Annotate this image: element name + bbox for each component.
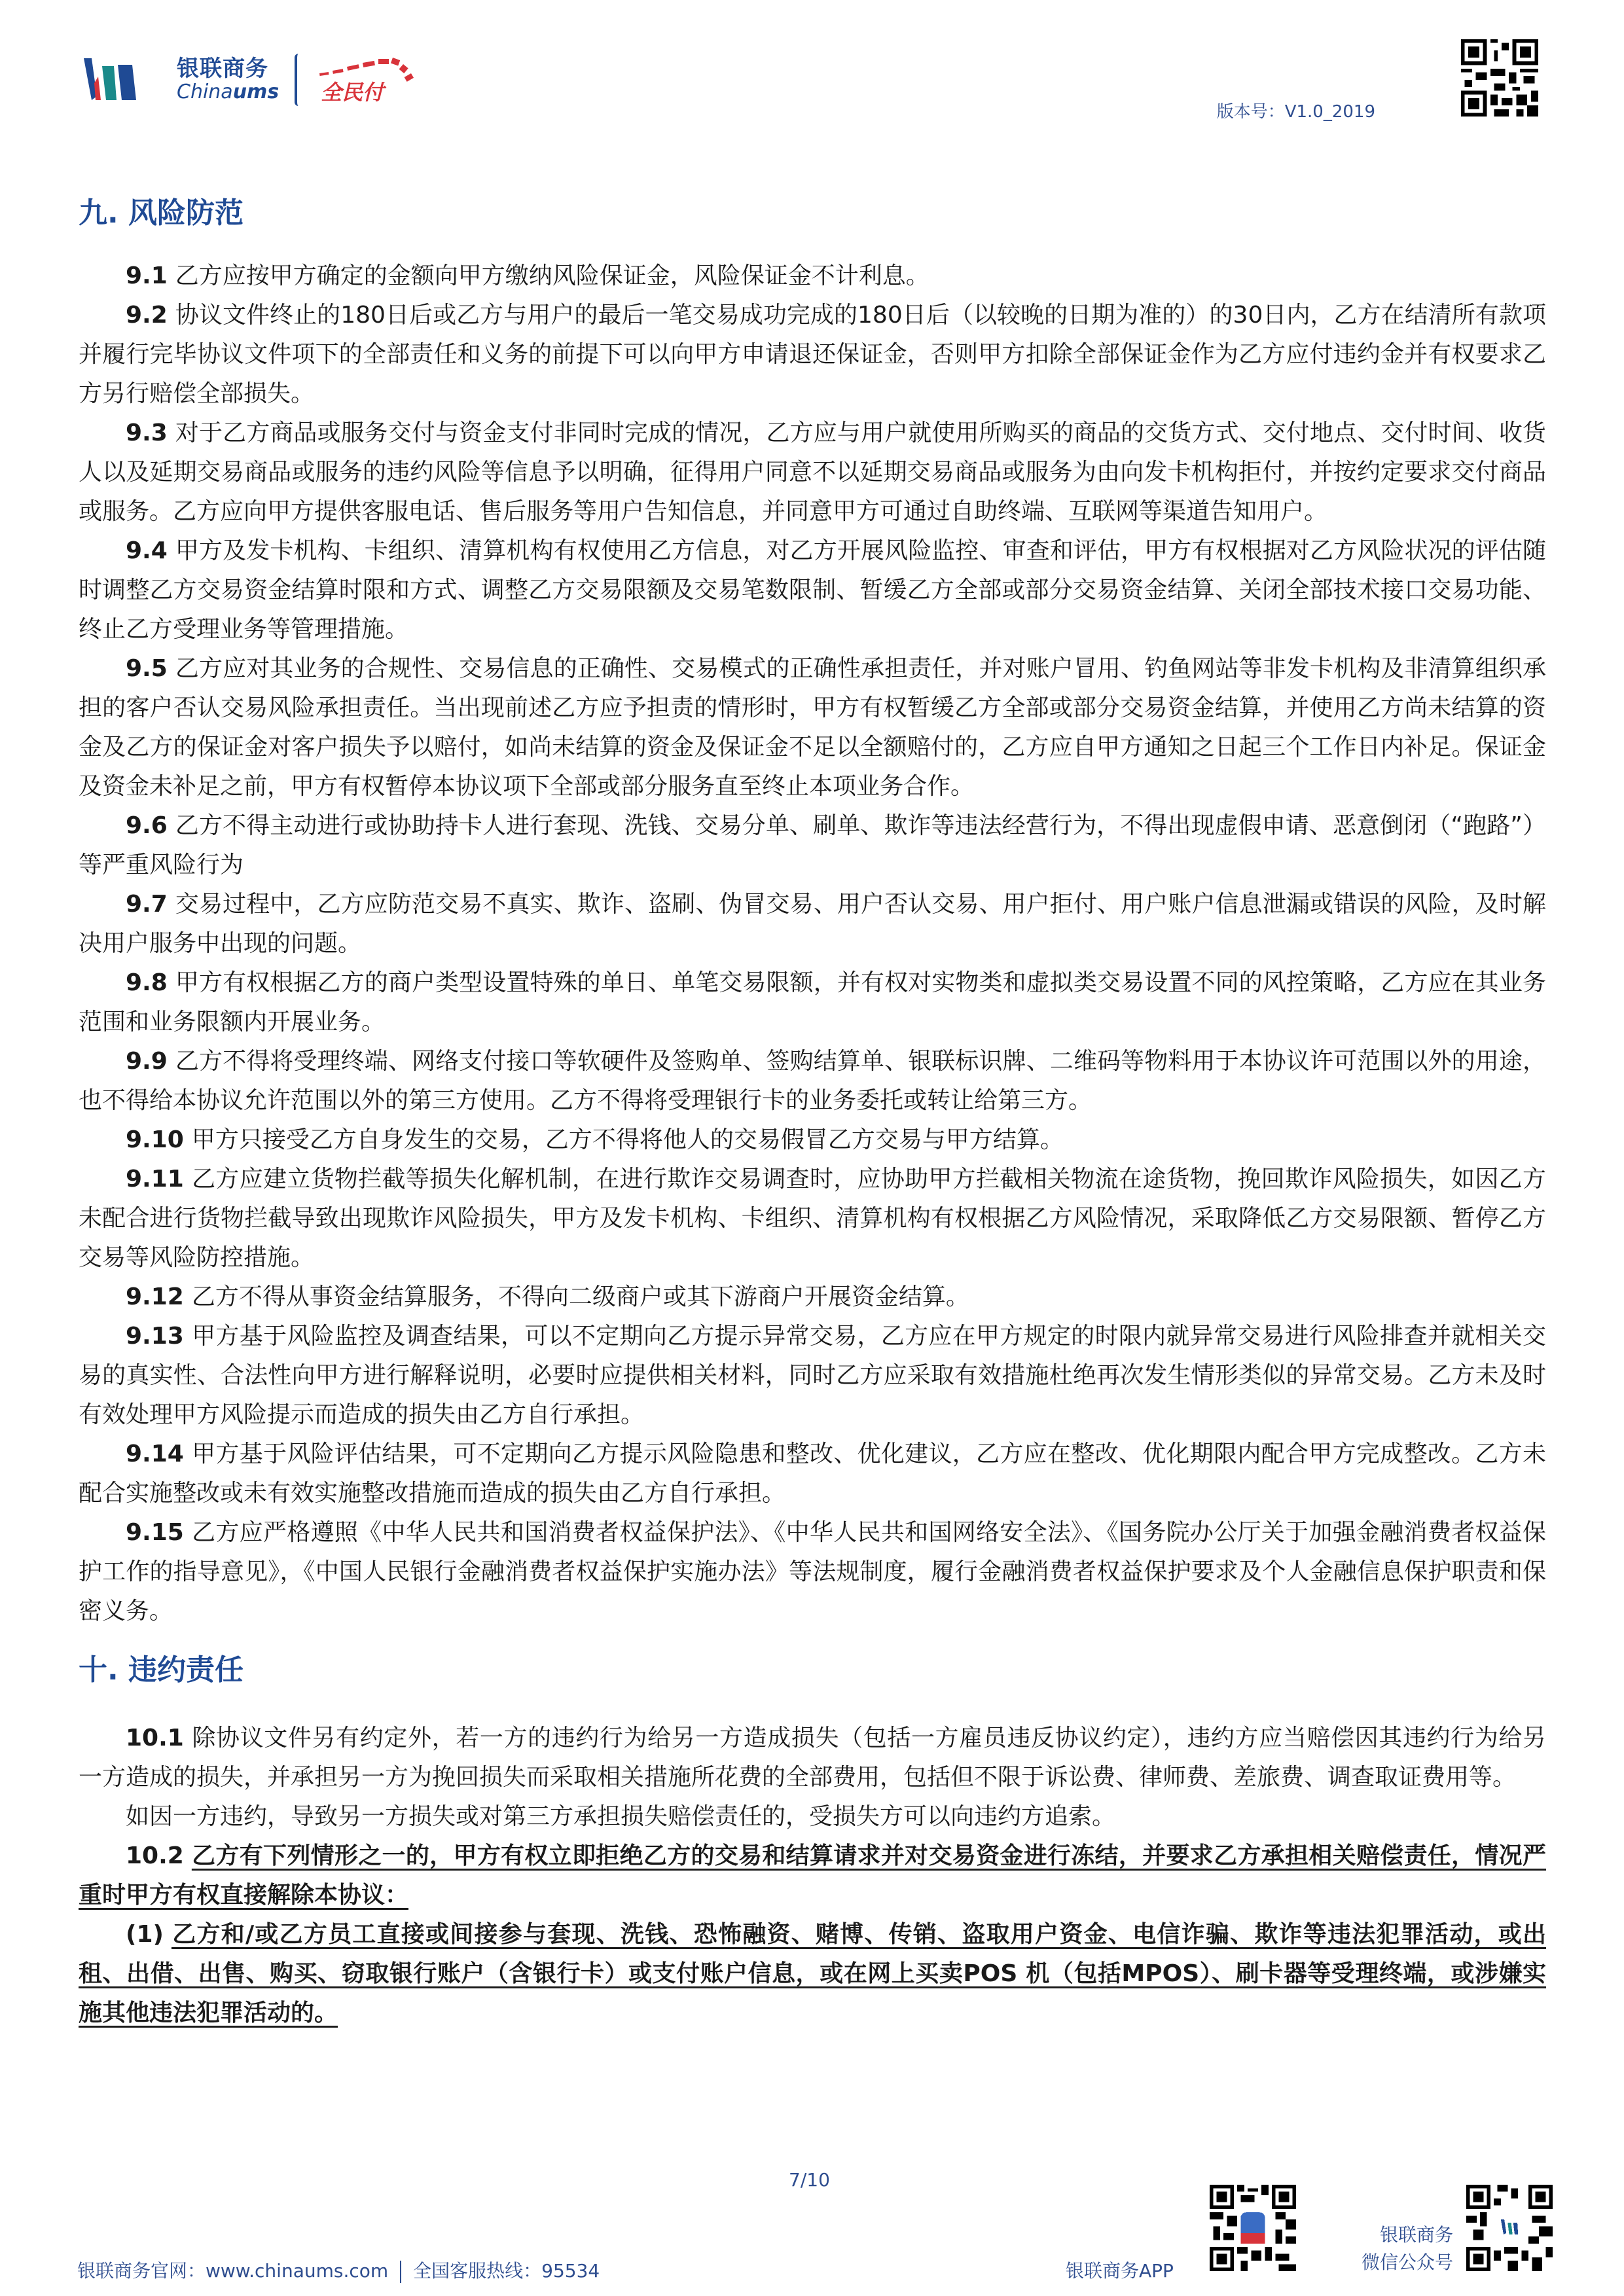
wechat-label: 银联商务 微信公众号	[1335, 2221, 1453, 2276]
clause-9-14: 9.14甲方基于风险评估结果，可不定期向乙方提示风险隐患和整改、优化建议，乙方应…	[79, 1435, 1546, 1513]
clause-9-7: 9.7交易过程中，乙方应防范交易不真实、欺诈、盗刷、伪冒交易、用户否认交易、用户…	[79, 885, 1546, 963]
footer-separator	[400, 2261, 401, 2283]
clause-9-9: 9.9乙方不得将受理终端、网络支付接口等软硬件及签购单、签购结算单、银联标识牌、…	[79, 1042, 1546, 1121]
clause-10-1: 10.1除协议文件另有约定外，若一方的违约行为给另一方造成损失（包括一方雇员违反…	[79, 1719, 1546, 1797]
page-number: 7/10	[789, 2169, 830, 2191]
quanminfu-logo: 全民付	[313, 54, 431, 106]
clause-9-13: 9.13甲方基于风险监控及调查结果，可以不定期向乙方提示异常交易，乙方应在甲方规…	[79, 1317, 1546, 1435]
version-number: 版本号：V1.0_2019	[1217, 98, 1375, 122]
document-body: 九. 风险防范 9.1乙方应按甲方确定的金额向甲方缴纳风险保证金，风险保证金不计…	[79, 194, 1546, 2033]
clause-9-12: 9.12乙方不得从事资金结算服务，不得向二级商户或其下游商户开展资金结算。	[79, 1278, 1546, 1317]
page-header: 银联商务 Chinaums 全民付 版本号：V1.0_2019	[0, 0, 1624, 144]
clause-10-2-item-1: (1)乙方和/或乙方员工直接或间接参与套现、洗钱、恐怖融资、赌博、传销、盗取用户…	[79, 1915, 1546, 2033]
chinaums-logo-mark-icon	[77, 57, 169, 103]
logo-chinese-name: 银联商务	[177, 58, 279, 80]
clause-9-3: 9.3对于乙方商品或服务交付与资金支付非同时完成的情况，乙方应与用户就使用所购买…	[79, 414, 1546, 531]
clause-10-1-recourse: 如因一方违约，导致另一方损失或对第三方承担损失赔偿责任的，受损失方可以向违约方追…	[79, 1797, 1546, 1837]
clause-9-15: 9.15乙方应严格遵照《中华人民共和国消费者权益保护法》、《中华人民共和国网络安…	[79, 1513, 1546, 1631]
clause-9-10: 9.10甲方只接受乙方自身发生的交易，乙方不得将他人的交易假冒乙方交易与甲方结算…	[79, 1121, 1546, 1160]
clause-9-4: 9.4甲方及发卡机构、卡组织、清算机构有权使用乙方信息，对乙方开展风险监控、审查…	[79, 531, 1546, 649]
hotline-text: 全国客服热线：95534	[413, 2260, 600, 2282]
section-title-breach-liability: 十. 违约责任	[79, 1651, 1546, 1690]
logo-divider	[295, 54, 301, 106]
clause-9-6: 9.6乙方不得主动进行或协助持卡人进行套现、洗钱、交易分单、刷单、欺诈等违法经营…	[79, 806, 1546, 885]
clause-9-2: 9.2协议文件终止的180日后或乙方与用户的最后一笔交易成功完成的180日后（以…	[79, 296, 1546, 414]
app-label: 银联商务APP	[1066, 2257, 1174, 2283]
clause-10-2: 10.2乙方有下列情形之一的，甲方有权立即拒绝乙方的交易和结算请求并对交易资金进…	[79, 1837, 1546, 1915]
chinaums-logo: 银联商务 Chinaums 全民付	[77, 54, 431, 106]
clause-9-1: 9.1乙方应按甲方确定的金额向甲方缴纳风险保证金，风险保证金不计利息。	[79, 257, 1546, 296]
clause-9-5: 9.5乙方应对其业务的合规性、交易信息的正确性、交易模式的正确性承担责任，并对账…	[79, 649, 1546, 806]
app-qr-code-icon	[1210, 2185, 1296, 2271]
clause-9-11: 9.11乙方应建立货物拦截等损失化解机制，在进行欺诈交易调查时，应协助甲方拦截相…	[79, 1160, 1546, 1278]
qr-code-icon	[1461, 39, 1538, 117]
website-text: 银联商务官网：www.chinaums.com	[77, 2260, 388, 2282]
footer-contact: 银联商务官网：www.chinaums.com全国客服热线：95534	[77, 2257, 600, 2283]
section-title-risk-prevention: 九. 风险防范	[79, 194, 1546, 233]
sub-brand-name: 全民付	[321, 76, 384, 106]
clause-9-8: 9.8甲方有权根据乙方的商户类型设置特殊的单日、单笔交易限额，并有权对实物类和虚…	[79, 963, 1546, 1042]
wechat-qr-code-icon	[1466, 2185, 1553, 2271]
logo-english-name: Chinaums	[177, 82, 279, 102]
